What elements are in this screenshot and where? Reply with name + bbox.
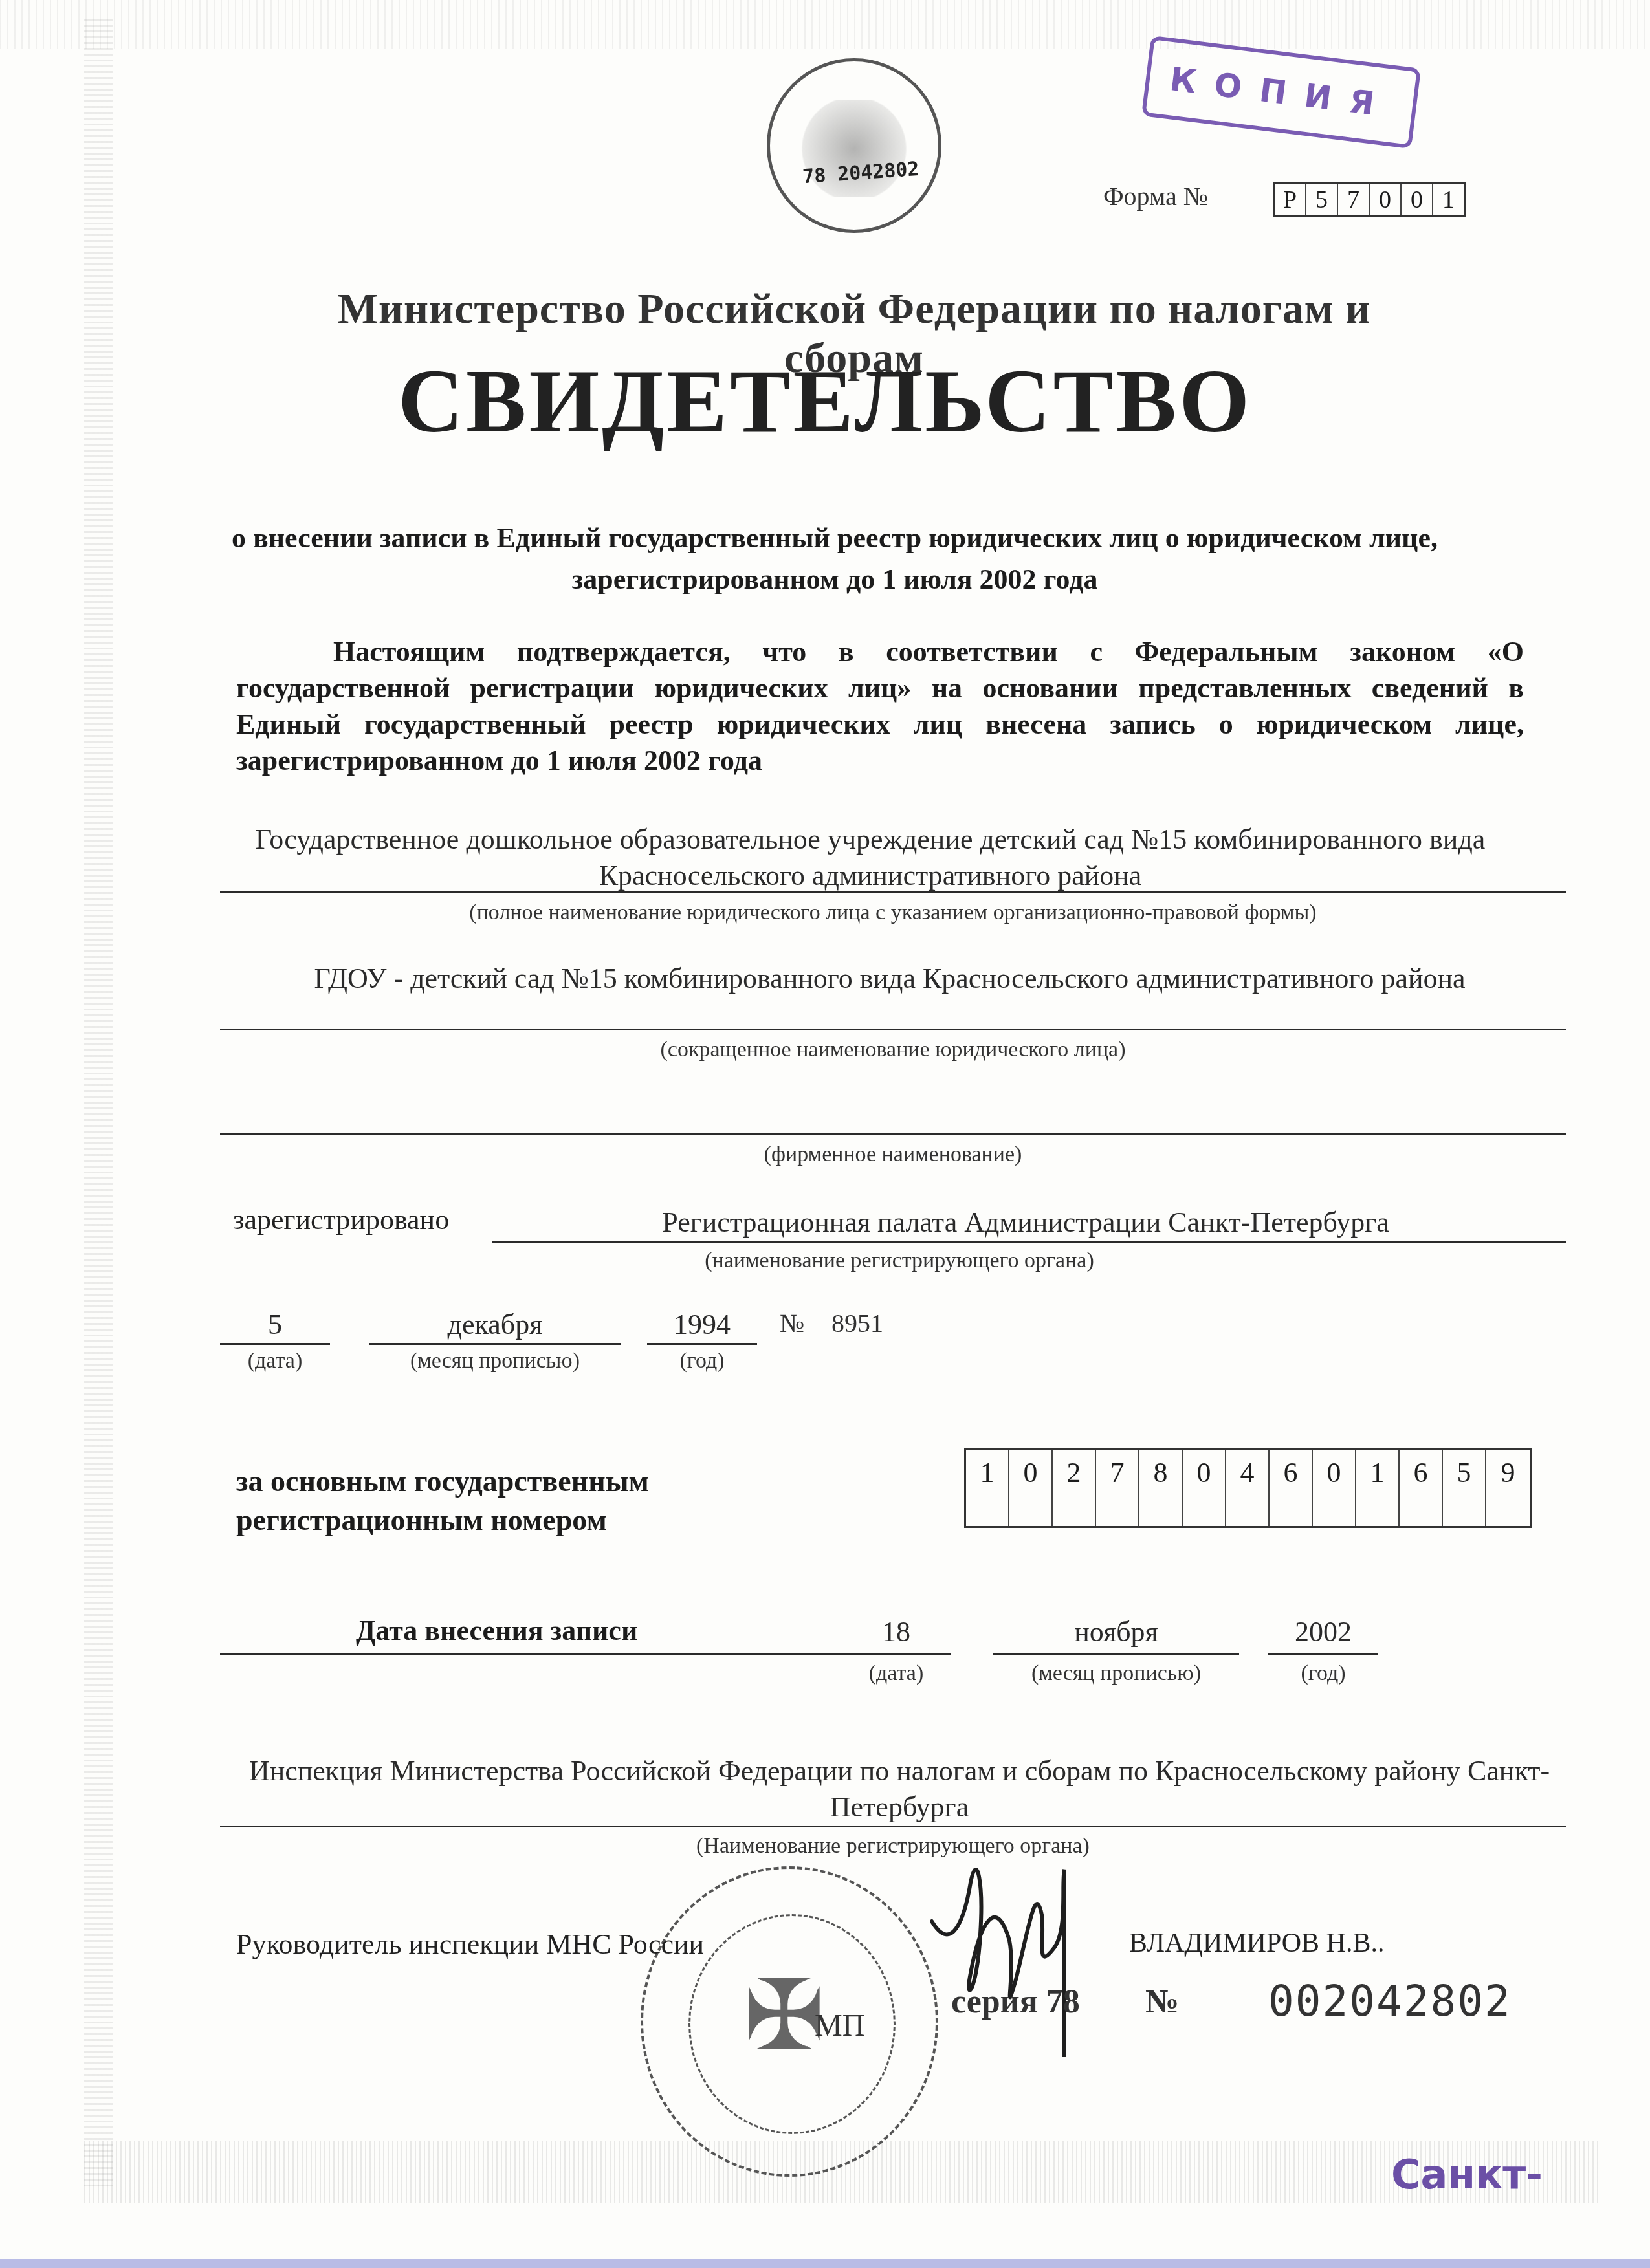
ogrn-digit-cell: 1 [1356,1450,1400,1526]
form-code-cell: 5 [1306,184,1338,215]
document-subtitle: о внесении записи в Единый государственн… [214,518,1456,600]
ogrn-digit-cell: 2 [1053,1450,1096,1526]
inspection-seal: ✠ МП [641,1866,938,2177]
inspection-underline [220,1826,1566,1827]
ogrn-digit-cell: 8 [1139,1450,1183,1526]
scan-noise-left [84,19,113,2186]
entry-month-caption: (месяц прописью) [993,1661,1239,1686]
confirmation-paragraph: Настоящим подтверждается, что в соответс… [236,634,1524,779]
ogrn-digit-cell: 5 [1443,1450,1486,1526]
form-code-box: Р57001 [1273,182,1466,217]
form-label: Форма № [1103,181,1208,212]
signer-name: ВЛАДИМИРОВ Н.В.. [1129,1928,1384,1959]
registration-year-underline [647,1343,757,1345]
registration-authority-underline [492,1241,1566,1243]
city-stamp: Санкт- [1391,2151,1543,2198]
eagle-emblem-icon: ✠ [743,1959,825,2072]
ogrn-digit-cell: 0 [1313,1450,1356,1526]
ogrn-box: 1027804601659 [964,1448,1532,1528]
form-code-cell: 0 [1402,184,1433,215]
short-name-underline [220,1029,1566,1030]
series-label: серия 78 [951,1983,1080,2021]
seal-mark: МП [815,2008,864,2044]
ogrn-digit-cell: 7 [1096,1450,1139,1526]
form-code-cell: 1 [1433,184,1464,215]
registered-label: зарегистрировано [233,1203,449,1236]
registration-day-underline [220,1343,330,1345]
full-name-caption: (полное наименование юридического лица с… [220,900,1566,925]
entry-month: ноября [993,1614,1239,1650]
copy-stamp: КОПИЯ [1141,36,1421,149]
series-value: 78 [1046,1983,1080,2020]
entry-year-underline [1268,1653,1378,1655]
registration-year-caption: (год) [647,1349,757,1373]
entry-year-caption: (год) [1268,1661,1378,1686]
full-name-value: Государственное дошкольное образовательн… [239,822,1501,894]
form-code-cell: 0 [1370,184,1402,215]
entry-date-label: Дата внесения записи [356,1614,637,1647]
page-edge [0,2259,1650,2268]
entry-day: 18 [841,1614,951,1650]
series-number: 002042802 [1268,1976,1512,2026]
registration-year: 1994 [647,1307,757,1343]
ogrn-digit-cell: 1 [966,1450,1009,1526]
entry-date-underline [220,1653,951,1655]
entry-day-caption: (дата) [841,1661,951,1686]
registration-day-caption: (дата) [220,1349,330,1373]
firm-name-underline [220,1133,1566,1135]
short-name-caption: (сокращенное наименование юридического л… [220,1038,1566,1062]
ogrn-digit-cell: 6 [1400,1450,1443,1526]
inspection-caption: (Наименование регистрирующего органа) [492,1834,1294,1859]
registration-day: 5 [220,1307,330,1343]
registration-month-caption: (месяц прописью) [369,1349,621,1373]
inspection-name: Инспекция Министерства Российской Федера… [239,1753,1559,1826]
ogrn-digit-cell: 9 [1486,1450,1530,1526]
scan-noise-top [0,0,1650,49]
form-code-cell: Р [1275,184,1306,215]
document-title: СВИДЕТЕЛЬСТВО [194,349,1456,453]
registration-authority-caption: (наименование регистрирующего органа) [492,1248,1307,1273]
firm-name-caption: (фирменное наименование) [220,1142,1566,1167]
ogrn-digit-cell: 0 [1009,1450,1053,1526]
registration-authority: Регистрационная палата Администрации Сан… [492,1205,1559,1241]
registration-number: 8951 [831,1308,883,1338]
entry-month-underline [993,1653,1239,1655]
short-name-value: ГДОУ - детский сад №15 комбинированного … [259,961,1521,997]
ministry-seal-top: 78 2042802 [767,58,941,233]
series-number-sign: № [1145,1983,1179,2021]
signature [925,1844,1132,2057]
registration-month: декабря [369,1307,621,1343]
form-code-cell: 7 [1338,184,1370,215]
full-name-underline [220,891,1566,893]
ogrn-digit-cell: 0 [1183,1450,1226,1526]
registration-month-underline [369,1343,621,1345]
entry-year: 2002 [1268,1614,1378,1650]
ogrn-label: за основным государственным регистрацион… [236,1462,754,1540]
ogrn-digit-cell: 6 [1270,1450,1313,1526]
series-label-text: серия [951,1983,1038,2020]
ogrn-digit-cell: 4 [1226,1450,1270,1526]
signer-position: Руководитель инспекции МНС России [236,1928,704,1961]
registration-number-label: № [780,1308,804,1338]
